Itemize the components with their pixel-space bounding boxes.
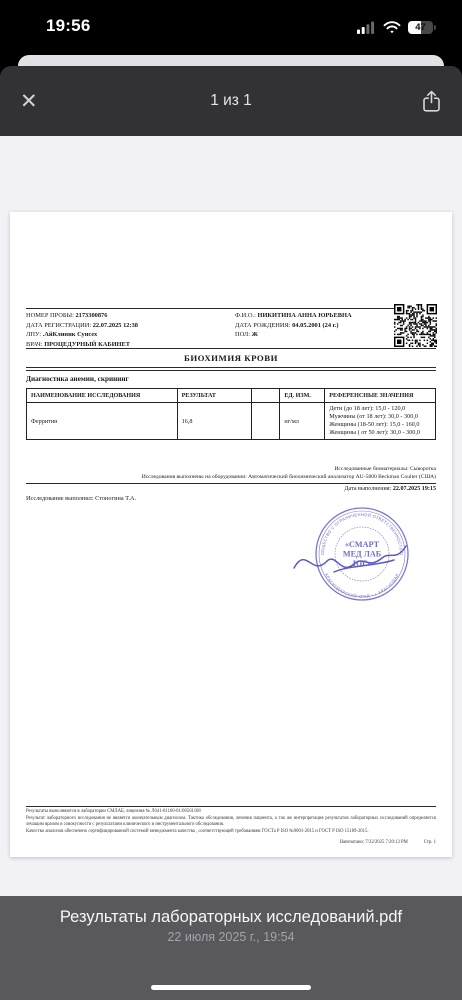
table-row: Ферритин 16,8 нг/мл Дети (до 18 лет): 15…: [27, 403, 436, 440]
divider: [26, 367, 436, 371]
divider: [26, 308, 436, 309]
wifi-icon: [383, 21, 401, 34]
analyte-flag: [252, 403, 280, 440]
file-date: 22 июля 2025 г., 19:54: [0, 930, 462, 944]
reference-values: Дети (до 18 лет): 15,0 - 120,0 Мужчины (…: [325, 403, 436, 440]
lab-stamp: ОБЩЕСТВО С ОГРАНИЧЕННОЙ ОТВЕТСТВЕННОСТЬЮ…: [290, 502, 430, 606]
qr-code: [394, 304, 437, 347]
battery-percent: 47: [408, 21, 433, 34]
stamp-center-line1: «СМАРТ: [345, 540, 380, 549]
divider: [26, 348, 436, 349]
svg-text:КРАСНОДАРСКИЙ КРАЙ • г. КРАСНО: КРАСНОДАРСКИЙ КРАЙ • г. КРАСНОДАР: [324, 573, 400, 599]
document-page: НОМЕР ПРОБЫ: 2173300876 ДАТА РЕГИСТРАЦИИ…: [10, 212, 452, 857]
document-header-right: Ф.И.О.: НИКИТИНА АННА ЮРЬЕВНА ДАТА РОЖДЕ…: [235, 311, 352, 340]
equipment-note: Исследования выполнены на оборудовании: …: [142, 474, 436, 480]
divider: [26, 483, 436, 484]
stamp-center-line2: МЕД ЛАБ: [343, 550, 381, 559]
analyte-units: нг/мл: [280, 403, 325, 440]
execution-date: Дата выполнения: 22.07.2025 19:15: [344, 486, 436, 492]
document-header-left: НОМЕР ПРОБЫ: 2173300876 ДАТА РЕГИСТРАЦИИ…: [26, 311, 138, 349]
status-bar: 19:56 47: [0, 0, 462, 54]
biomaterials-note: Исследованные биоматериалы: Сыворотка: [334, 466, 436, 472]
report-title: БИОХИМИЯ КРОВИ: [10, 353, 452, 363]
divider: [26, 806, 436, 807]
cellular-signal-icon: [357, 21, 376, 34]
analyte-name: Ферритин: [27, 403, 178, 440]
performed-by: Исследование выполнил: Стоногина Т.А.: [26, 495, 136, 502]
legal-disclaimer: Результаты выполняются в лаборатории СМЛ…: [26, 809, 436, 836]
battery-icon: 47: [408, 21, 436, 34]
stamp-ring-bottom-text: КРАСНОДАРСКИЙ КРАЙ • г. КРАСНОДАР: [324, 573, 400, 599]
page-indicator: 1 из 1: [0, 92, 462, 110]
clock: 19:56: [46, 16, 90, 36]
section-title: Диагностика анемии, скрининг: [26, 375, 129, 383]
home-indicator[interactable]: [151, 985, 311, 990]
table-header-row: НАИМЕНОВАНИЕ ИССЛЕДОВАНИЯ РЕЗУЛЬТАТ ЕД. …: [27, 389, 436, 403]
pdf-viewer-canvas[interactable]: НОМЕР ПРОБЫ: 2173300876 ДАТА РЕГИСТРАЦИИ…: [0, 136, 462, 896]
analyte-result: 16,8: [177, 403, 252, 440]
pdf-viewer-header: ✕ 1 из 1: [0, 66, 462, 136]
file-name: Результаты лабораторных исследований.pdf: [0, 896, 462, 927]
print-info: Напечатано: 7/22/2025 7:20:13 PM Стр. 1: [340, 840, 436, 845]
results-table: НАИМЕНОВАНИЕ ИССЛЕДОВАНИЯ РЕЗУЛЬТАТ ЕД. …: [26, 388, 436, 440]
